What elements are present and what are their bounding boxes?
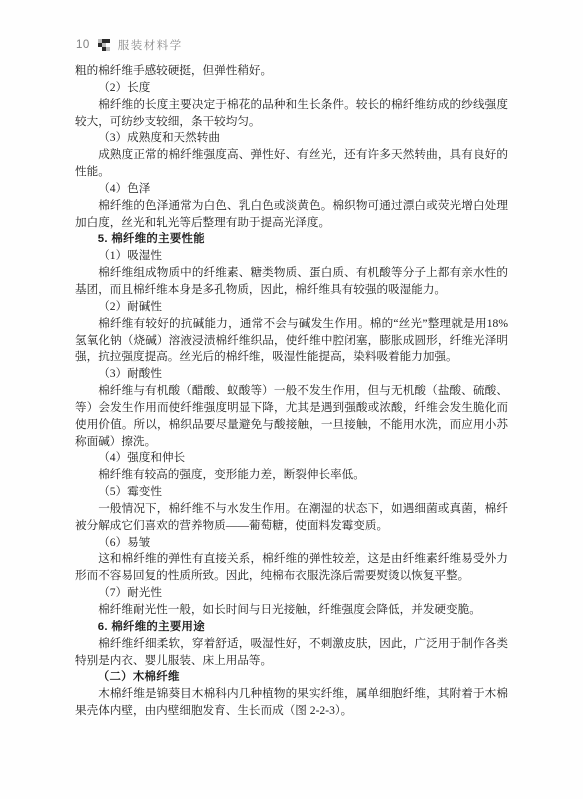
text-line: 特别是内衣、婴儿服装、床上用品等。 bbox=[75, 653, 508, 670]
text-line: 等）会发生作用而使纤维强度明显下降，尤其是遇到强酸或浓酸，纤维会发生脆化而丧失 bbox=[75, 400, 508, 417]
text-line: 棉纤维的长度主要决定于棉花的品种和生长条件。较长的棉纤维纺成的纱线强度 bbox=[75, 97, 508, 114]
text-line: （3）耐酸性 bbox=[75, 366, 508, 383]
text-line: 被分解成它们喜欢的营养物质——葡萄糖，使面料发霉变质。 bbox=[75, 518, 508, 535]
text-line: （4）色泽 bbox=[75, 181, 508, 198]
text-line: 棉纤维有较高的强度，变形能力差，断裂伸长率低。 bbox=[75, 467, 508, 484]
document-page: 10 服装材料学 粗的棉纤维手感较硬挺，但弹性稍好。（2）长度棉纤维的长度主要决… bbox=[0, 0, 583, 799]
text-line: 木棉纤维是锦葵目木棉科内几种植物的果实纤维，属单细胞纤维，其附着于木棉蒴 bbox=[75, 686, 508, 703]
text-line: 果壳体内壁，由内壁细胞发育、生长而成（图 2-2-3）。 bbox=[75, 703, 508, 720]
text-line: 一般情况下，棉纤维不与水发生作用。在潮湿的状态下，如遇细菌或真菌，棉纤维会 bbox=[75, 501, 508, 518]
text-line: 棉纤维与有机酸（醋酸、蚁酸等）一般不发生作用，但与无机酸（盐酸、硫酸、硝酸 bbox=[75, 383, 508, 400]
text-line: 形而不容易回复的性质所致。因此，纯棉布衣服洗涤后需要熨烫以恢复平整。 bbox=[75, 568, 508, 585]
text-line: （2）长度 bbox=[75, 80, 508, 97]
text-line: （5）霉变性 bbox=[75, 484, 508, 501]
text-line: 使用价值。所以，棉织品要尽量避免与酸接触，一旦接触，不能用水洗，而应用小苏打（俗 bbox=[75, 417, 508, 434]
text-line: 粗的棉纤维手感较硬挺，但弹性稍好。 bbox=[75, 63, 508, 80]
page-number: 10 bbox=[76, 39, 90, 51]
text-line: 棉纤维组成物质中的纤维素、糖类物质、蛋白质、有机酸等分子上都有亲水性的极性 bbox=[75, 265, 508, 282]
text-line: 基团，而且棉纤维本身是多孔物质，因此，棉纤维具有较强的吸湿能力。 bbox=[75, 282, 508, 299]
text-line: 棉纤维有较好的抗碱能力，通常不会与碱发生作用。棉的“丝光”整理就是用18%的 bbox=[75, 316, 508, 333]
text-line: 氢氧化钠（烧碱）溶液浸渍棉纤维织品，使纤维中腔闭塞，膨胀成圆形，纤维光泽明显增 bbox=[75, 333, 508, 350]
text-line: （6）易皱 bbox=[75, 535, 508, 552]
text-line: 称面碱）擦洗。 bbox=[75, 434, 508, 451]
text-line: （7）耐光性 bbox=[75, 585, 508, 602]
text-line: （4）强度和伸长 bbox=[75, 450, 508, 467]
heading-line: 5. 棉纤维的主要性能 bbox=[75, 231, 508, 248]
text-line: 成熟度正常的棉纤维强度高、弹性好、有丝光，还有许多天然转曲，具有良好的可纺 bbox=[75, 147, 508, 164]
page-body: 粗的棉纤维手感较硬挺，但弹性稍好。（2）长度棉纤维的长度主要决定于棉花的品种和生… bbox=[75, 63, 508, 720]
text-line: 棉纤维耐光性一般，如长时间与日光接触，纤维强度会降低，并发硬变脆。 bbox=[75, 602, 508, 619]
text-line: 较大，可纺纱支较细，条干较均匀。 bbox=[75, 114, 508, 131]
text-line: 棉纤维的色泽通常为白色、乳白色或淡黄色。棉织物可通过漂白或荧光增白处理增 bbox=[75, 198, 508, 215]
book-title: 服装材料学 bbox=[118, 37, 183, 53]
heading-line: 6. 棉纤维的主要用途 bbox=[75, 619, 508, 636]
text-line: 强，抗拉强度提高。丝光后的棉纤维，吸湿性能提高，染料吸着能力加强。 bbox=[75, 349, 508, 366]
heading-line: （二）木棉纤维 bbox=[75, 669, 508, 686]
checkerboard-logo-icon bbox=[98, 39, 110, 51]
text-line: （2）耐碱性 bbox=[75, 299, 508, 316]
text-line: （1）吸湿性 bbox=[75, 248, 508, 265]
text-line: 性能。 bbox=[75, 164, 508, 181]
page-header: 10 服装材料学 bbox=[76, 37, 183, 53]
text-line: 这和棉纤维的弹性有直接关系，棉纤维的弹性较差，这是由纤维素纤维易受外力变 bbox=[75, 551, 508, 568]
text-line: （3）成熟度和天然转曲 bbox=[75, 130, 508, 147]
text-line: 加白度，丝光和轧光等后整理有助于提高光泽度。 bbox=[75, 215, 508, 232]
text-line: 棉纤维纤细柔软，穿着舒适，吸湿性好，不刺激皮肤，因此，广泛用于制作各类服装， bbox=[75, 636, 508, 653]
